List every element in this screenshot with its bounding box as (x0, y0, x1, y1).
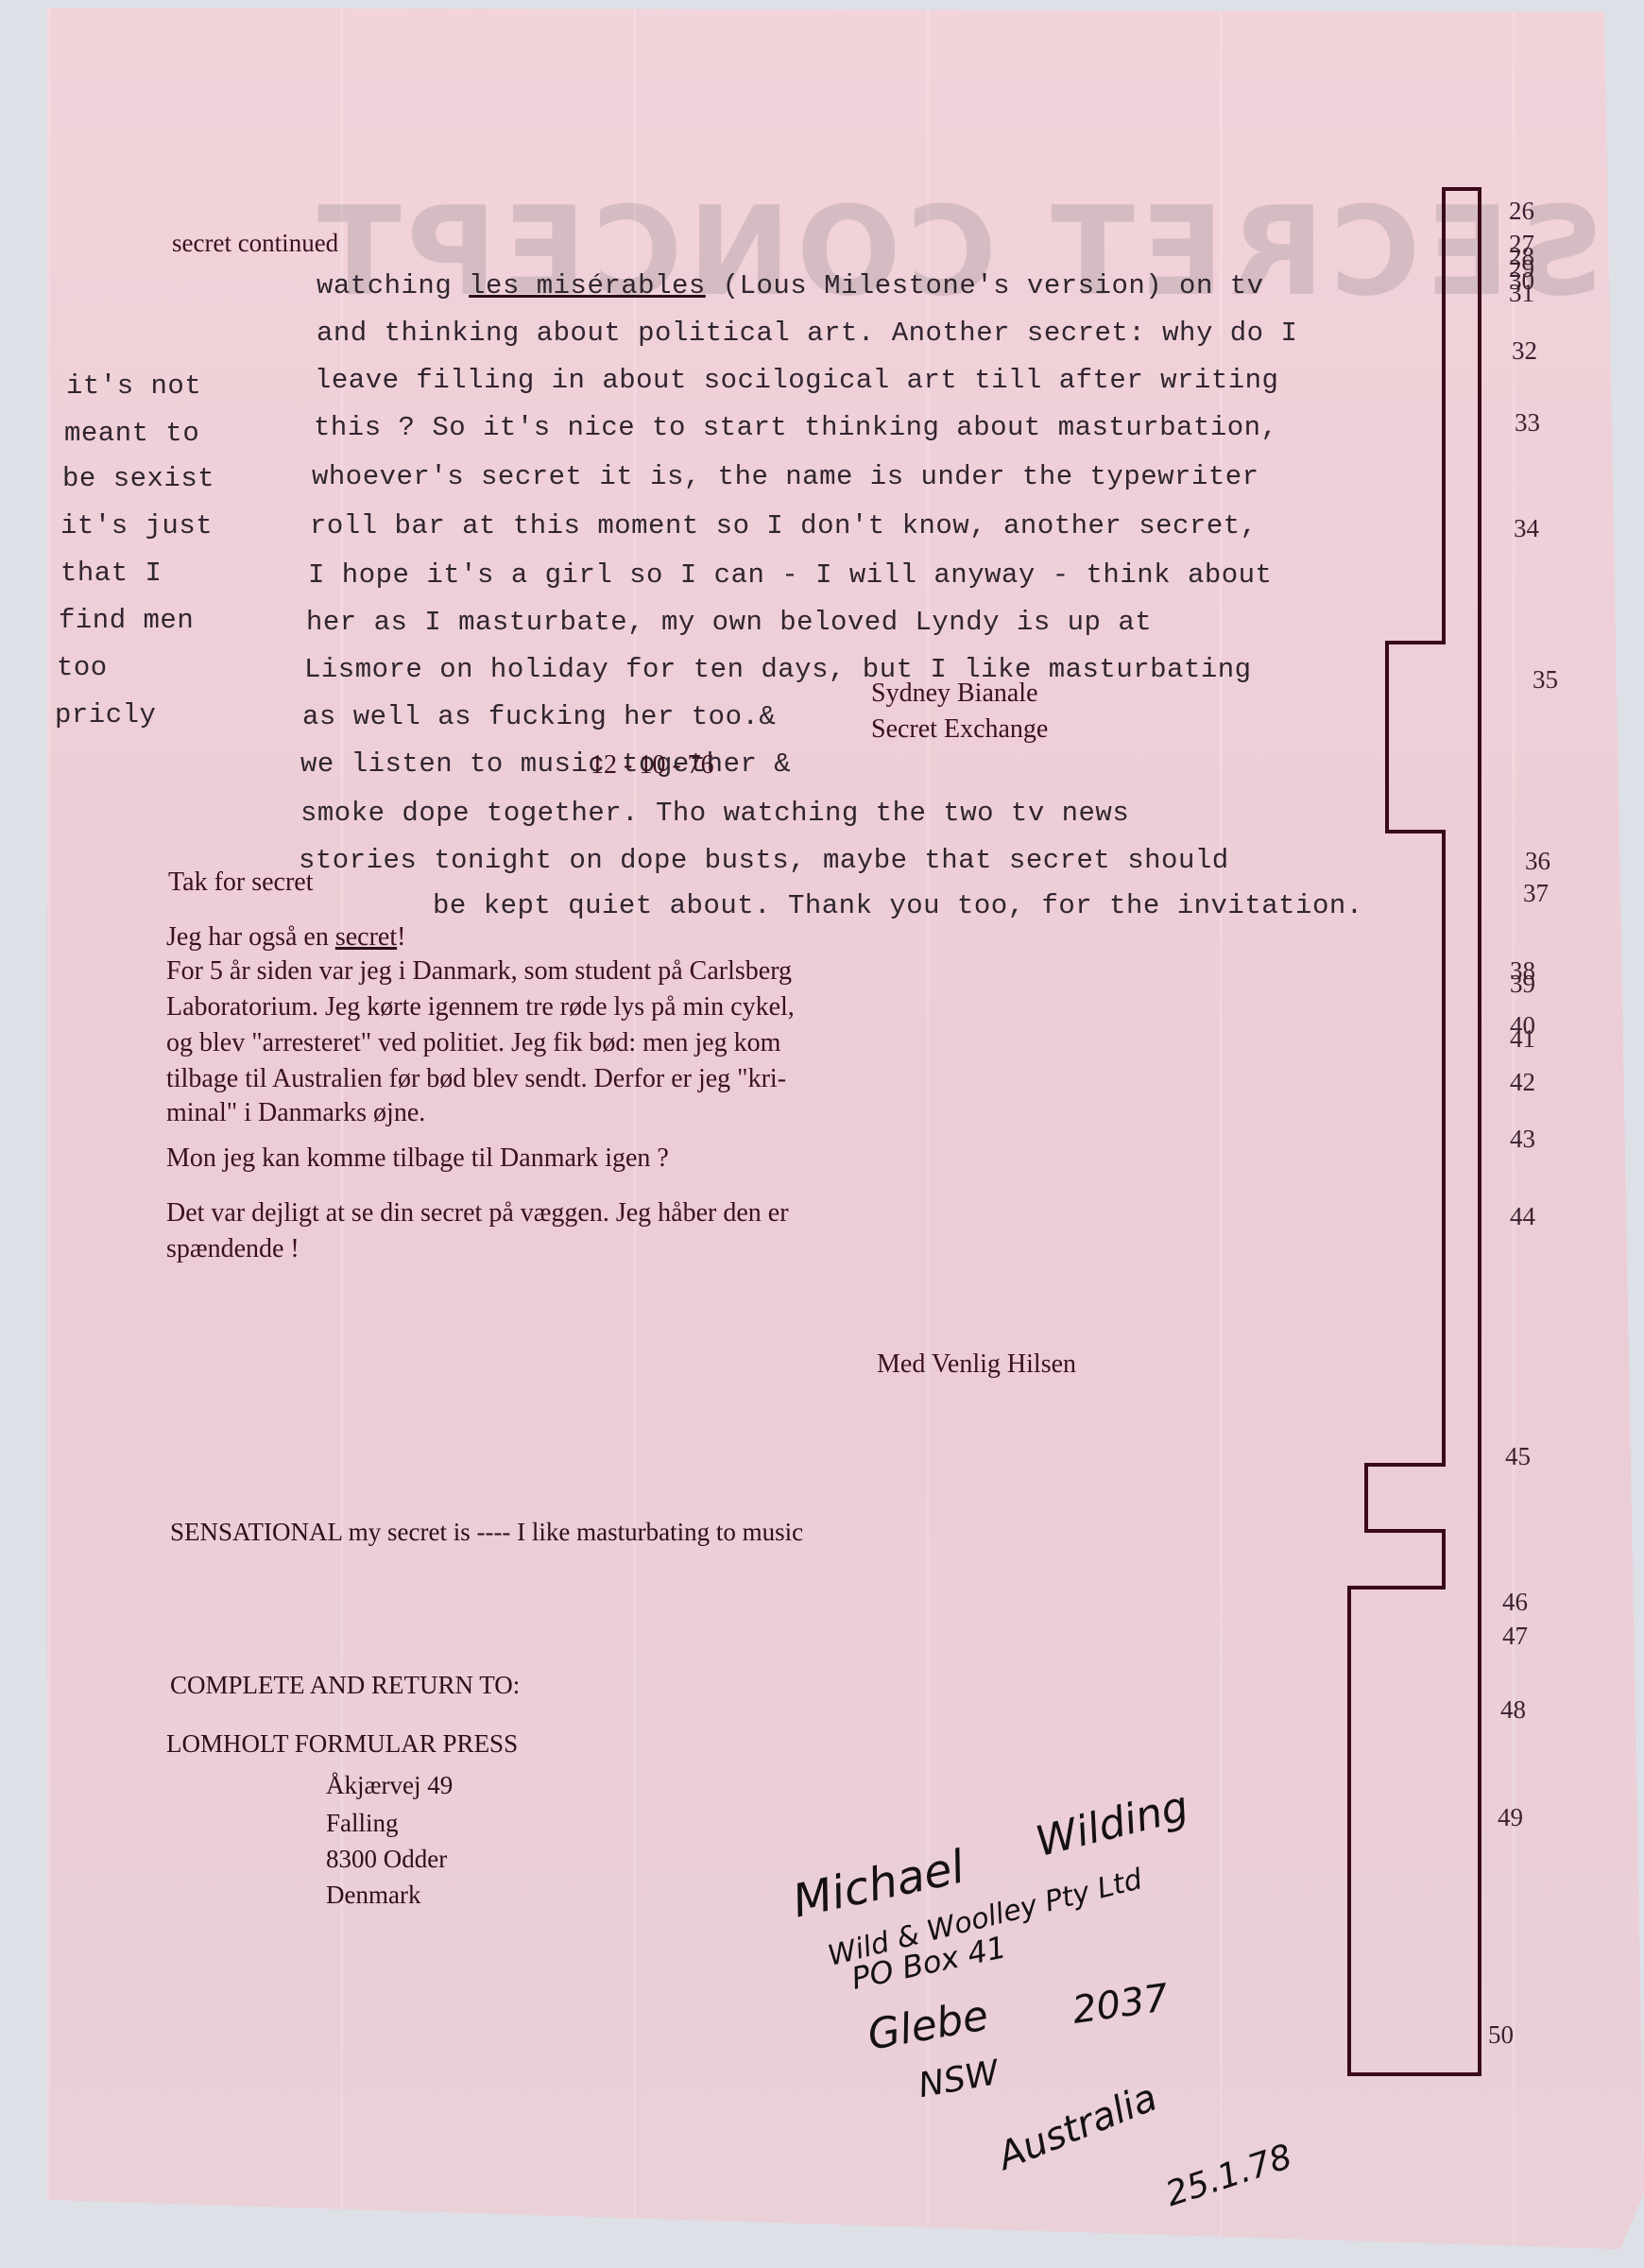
typed-line: be kept quiet about. Thank you too, for … (433, 890, 1363, 921)
line-number: 41 (1510, 1026, 1535, 1052)
line-number: 26 (1509, 198, 1534, 224)
typed-line: and thinking about political art. Anothe… (317, 318, 1297, 349)
line-number: 37 (1523, 881, 1549, 906)
typed-line: I hope it's a girl so I can - I will any… (308, 559, 1272, 591)
typed-line: Lismore on holiday for ten days, but I l… (304, 654, 1252, 685)
signoff: Med Venlig Hilsen (877, 1349, 1076, 1380)
thanks-line: Tak for secret (168, 868, 314, 898)
header-label: secret continued (172, 229, 338, 258)
line-number: 35 (1533, 667, 1558, 693)
line-number: 48 (1500, 1697, 1526, 1723)
line-number: 49 (1498, 1805, 1523, 1830)
typed-line: roll bar at this moment so I don't know,… (310, 510, 1258, 541)
return-label: COMPLETE AND RETURN TO: (170, 1671, 520, 1700)
line-number: 39 (1510, 971, 1535, 997)
line-number: 47 (1502, 1624, 1528, 1649)
typed-line: leave filling in about socilogical art t… (315, 365, 1278, 396)
line-number: 33 (1515, 410, 1540, 436)
line-number: 46 (1502, 1589, 1528, 1615)
typed-line: we listen to music together & (300, 748, 791, 780)
line-number: 32 (1512, 338, 1537, 364)
line-number: 44 (1510, 1204, 1535, 1229)
typed-line: this ? So it's nice to start thinking ab… (314, 412, 1277, 443)
typed-line: her as I masturbate, my own beloved Lynd… (306, 607, 1152, 638)
typed-line: as well as fucking her too.& (302, 701, 776, 732)
sensational-line: SENSATIONAL my secret is ---- I like mas… (170, 1518, 803, 1547)
typed-line: watching les misérables (Lous Milestone'… (317, 270, 1264, 301)
line-number: 50 (1488, 2022, 1514, 2048)
line-number: 45 (1505, 1444, 1531, 1469)
line-number: 36 (1525, 849, 1550, 874)
reply-lead: Jeg har også en secret! (166, 922, 405, 953)
typed-line: smoke dope together. Tho watching the tw… (300, 798, 1129, 829)
line-number: 34 (1514, 516, 1539, 541)
line-number: 31 (1509, 281, 1534, 306)
typed-line: stories tonight on dope busts, maybe tha… (299, 845, 1229, 876)
typed-line: whoever's secret it is, the name is unde… (312, 461, 1259, 492)
film-title: les misérables (469, 270, 706, 301)
line-number: 42 (1510, 1070, 1535, 1095)
line-number: 43 (1510, 1126, 1535, 1152)
